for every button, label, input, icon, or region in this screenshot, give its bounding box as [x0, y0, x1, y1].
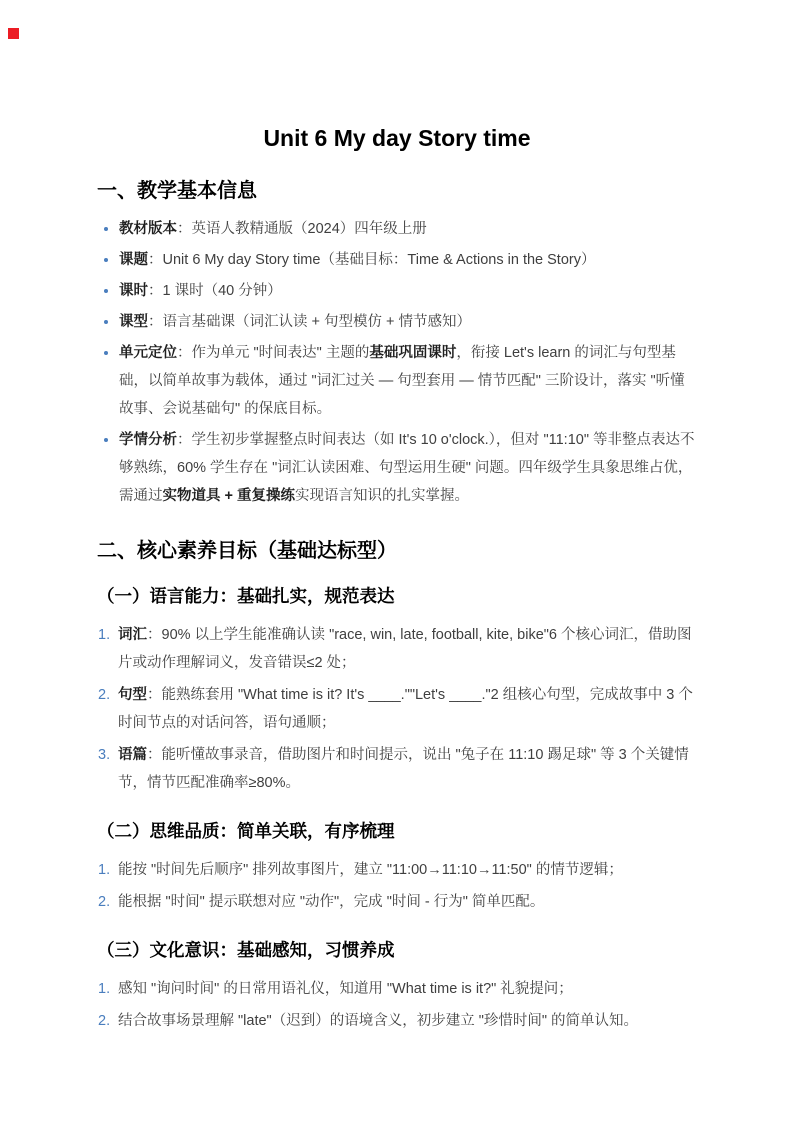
section-heading-core-goals: 二、核心素养目标（基础达标型） — [97, 536, 697, 566]
item-label: 教材版本 — [119, 221, 177, 237]
info-item-unit-position: 单元定位：作为单元 "时间表达" 主题的基础巩固课时，衔接 Let's lear… — [97, 339, 697, 423]
bullet-icon — [104, 320, 108, 324]
item-number: 1. — [98, 975, 110, 1003]
item-text: 结合故事场景理解 "late"（迟到）的语境含义，初步建立 "珍惜时间" 的简单… — [118, 1013, 638, 1029]
item-label: 单元定位 — [119, 345, 177, 361]
culture-goal-list: 1.感知 "询问时间" 的日常用语礼仪，知道用 "What time is it… — [97, 975, 697, 1035]
item-text: ：1 课时（40 分钟） — [148, 283, 282, 299]
item-text: 能按 "时间先后顺序" 排列故事图片，建立 "11:00→11:10→11:50… — [118, 862, 623, 878]
item-label: 语篇 — [118, 747, 147, 763]
section-heading-basic-info: 一、教学基本信息 — [97, 176, 697, 206]
item-text: ：学生初步掌握整点时间表达（如 It's 10 o'clock.），但对 "11… — [119, 432, 695, 504]
item-text: ：能听懂故事录音，借助图片和时间提示，说出 "兔子在 11:10 踢足球" 等 … — [118, 747, 689, 791]
subsection-heading-culture: （三）文化意识：基础感知，习惯养成 — [97, 937, 697, 963]
info-item-lesson-type: 课型：语言基础课（词汇认读 + 句型模仿 + 情节感知） — [97, 308, 697, 336]
bullet-icon — [104, 258, 108, 262]
bullet-icon — [104, 227, 108, 231]
item-text: ：作为单元 "时间表达" 主题的基础巩固课时，衔接 Let's learn 的词… — [119, 345, 685, 417]
info-item-learner-analysis: 学情分析：学生初步掌握整点时间表达（如 It's 10 o'clock.），但对… — [97, 426, 697, 510]
document-title: Unit 6 My day Story time — [97, 122, 697, 154]
red-marker — [8, 28, 19, 39]
basic-info-list: 教材版本：英语人教精通版（2024）四年级上册 课题：Unit 6 My day… — [97, 215, 697, 510]
item-number: 2. — [98, 681, 110, 709]
document-page: Unit 6 My day Story time 一、教学基本信息 教材版本：英… — [0, 0, 794, 1123]
item-text: ：能熟练套用 "What time is it? It's ____.""Let… — [118, 687, 693, 731]
item-text: ：英语人教精通版（2024）四年级上册 — [177, 221, 427, 237]
item-text: 感知 "询问时间" 的日常用语礼仪，知道用 "What time is it?"… — [118, 981, 573, 997]
item-text: ：90% 以上学生能准确认读 "race, win, late, footbal… — [118, 627, 692, 671]
info-item-topic: 课题：Unit 6 My day Story time（基础目标：Time & … — [97, 246, 697, 274]
goal-item-time-value: 2.结合故事场景理解 "late"（迟到）的语境含义，初步建立 "珍惜时间" 的… — [97, 1007, 697, 1035]
goal-item-sequence: 1.能按 "时间先后顺序" 排列故事图片，建立 "11:00→11:10→11:… — [97, 856, 697, 884]
item-label: 课型 — [119, 314, 148, 330]
bullet-icon — [104, 351, 108, 355]
goal-item-vocabulary: 1.词汇：90% 以上学生能准确认读 "race, win, late, foo… — [97, 621, 697, 677]
subsection-heading-thinking: （二）思维品质：简单关联，有序梳理 — [97, 818, 697, 844]
goal-item-sentence-pattern: 2.句型：能熟练套用 "What time is it? It's ____."… — [97, 681, 697, 737]
item-text: ：语言基础课（词汇认读 + 句型模仿 + 情节感知） — [148, 314, 471, 330]
item-text: ：Unit 6 My day Story time（基础目标：Time & Ac… — [148, 252, 595, 268]
thinking-goal-list: 1.能按 "时间先后顺序" 排列故事图片，建立 "11:00→11:10→11:… — [97, 856, 697, 916]
goal-item-matching: 2.能根据 "时间" 提示联想对应 "动作"，完成 "时间 - 行为" 简单匹配… — [97, 888, 697, 916]
info-item-periods: 课时：1 课时（40 分钟） — [97, 277, 697, 305]
document-content: Unit 6 My day Story time 一、教学基本信息 教材版本：英… — [97, 0, 697, 1035]
item-label: 课题 — [119, 252, 148, 268]
bullet-icon — [104, 438, 108, 442]
goal-item-etiquette: 1.感知 "询问时间" 的日常用语礼仪，知道用 "What time is it… — [97, 975, 697, 1003]
item-label: 课时 — [119, 283, 148, 299]
item-label: 学情分析 — [119, 432, 177, 448]
item-number: 2. — [98, 1007, 110, 1035]
item-number: 3. — [98, 741, 110, 769]
subsection-heading-language: （一）语言能力：基础扎实，规范表达 — [97, 583, 697, 609]
item-number: 1. — [98, 856, 110, 884]
goal-item-discourse: 3.语篇：能听懂故事录音，借助图片和时间提示，说出 "兔子在 11:10 踢足球… — [97, 741, 697, 797]
info-item-textbook: 教材版本：英语人教精通版（2024）四年级上册 — [97, 215, 697, 243]
item-text: 能根据 "时间" 提示联想对应 "动作"，完成 "时间 - 行为" 简单匹配。 — [118, 894, 544, 910]
item-label: 句型 — [118, 687, 147, 703]
item-number: 1. — [98, 621, 110, 649]
item-number: 2. — [98, 888, 110, 916]
item-label: 词汇 — [118, 627, 147, 643]
language-goal-list: 1.词汇：90% 以上学生能准确认读 "race, win, late, foo… — [97, 621, 697, 797]
bullet-icon — [104, 289, 108, 293]
